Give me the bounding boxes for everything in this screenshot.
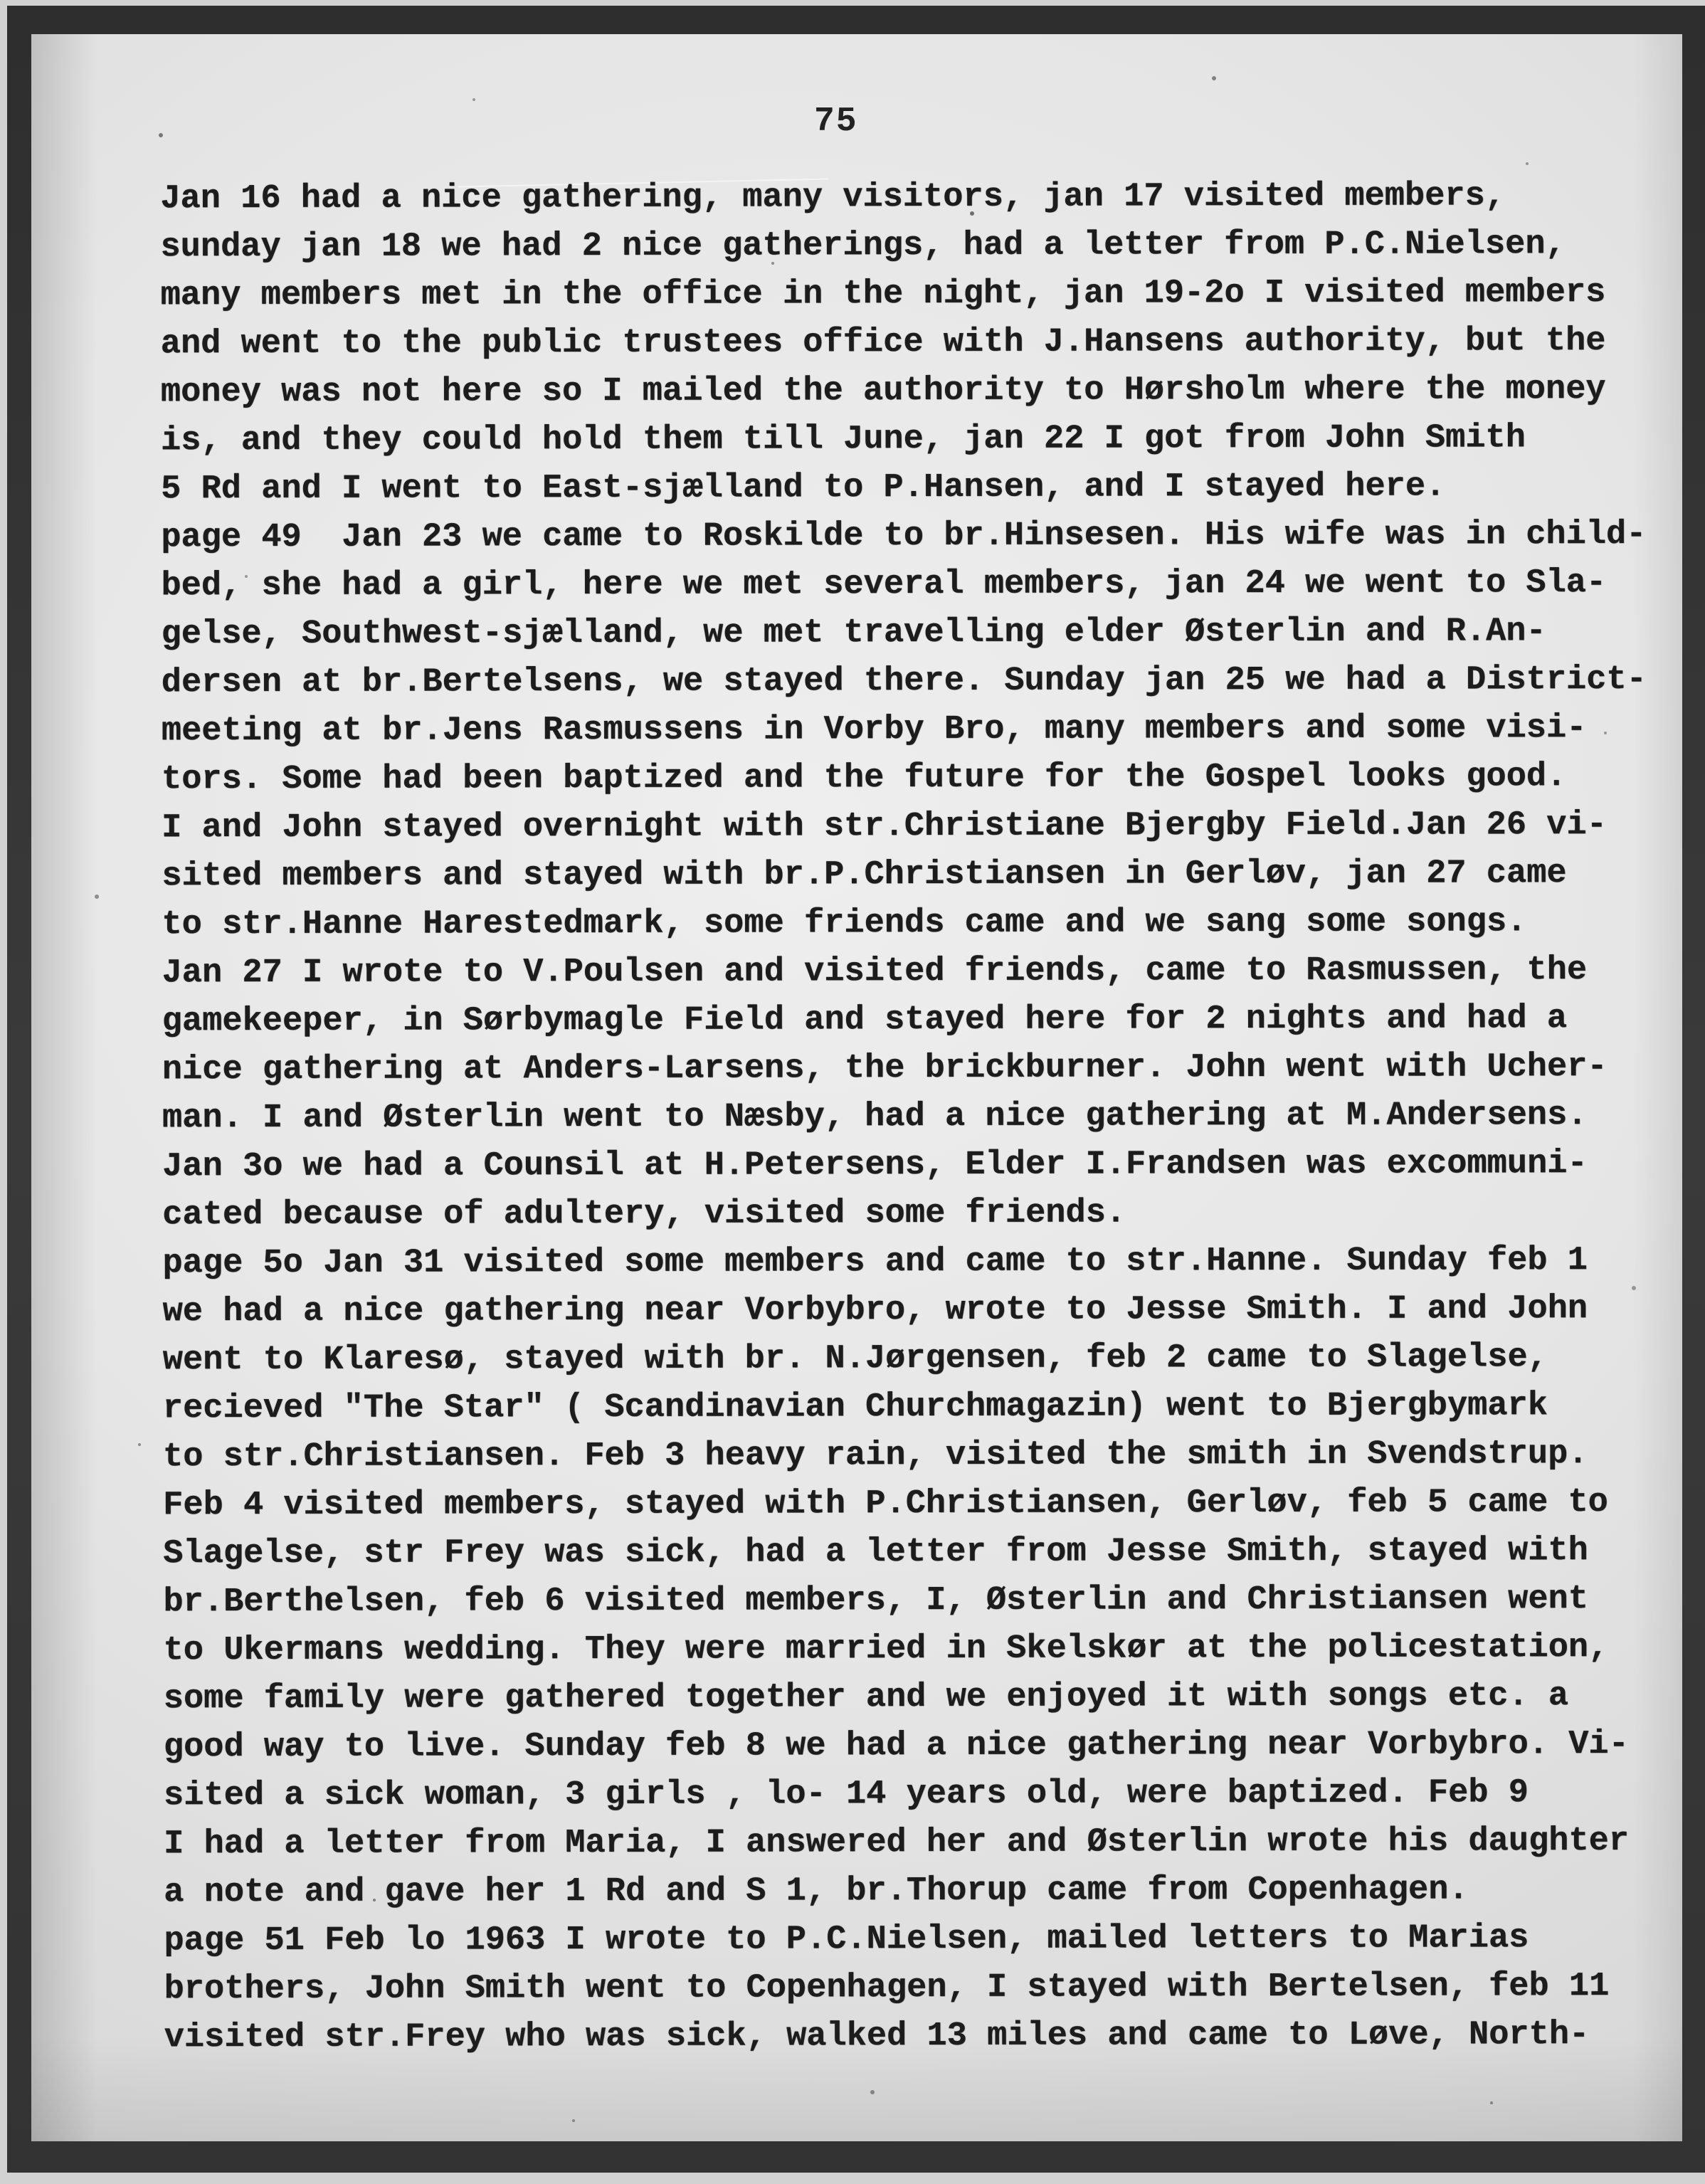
typewritten-text: Jan 16 had a nice gathering, many visito… (160, 172, 1673, 2062)
paper-specks (31, 34, 34, 37)
document-page: 75 Jan 16 had a nice gathering, many vis… (31, 34, 1682, 2141)
page-number: 75 (814, 102, 858, 141)
photo-border: 75 Jan 16 had a nice gathering, many vis… (7, 6, 1705, 2173)
